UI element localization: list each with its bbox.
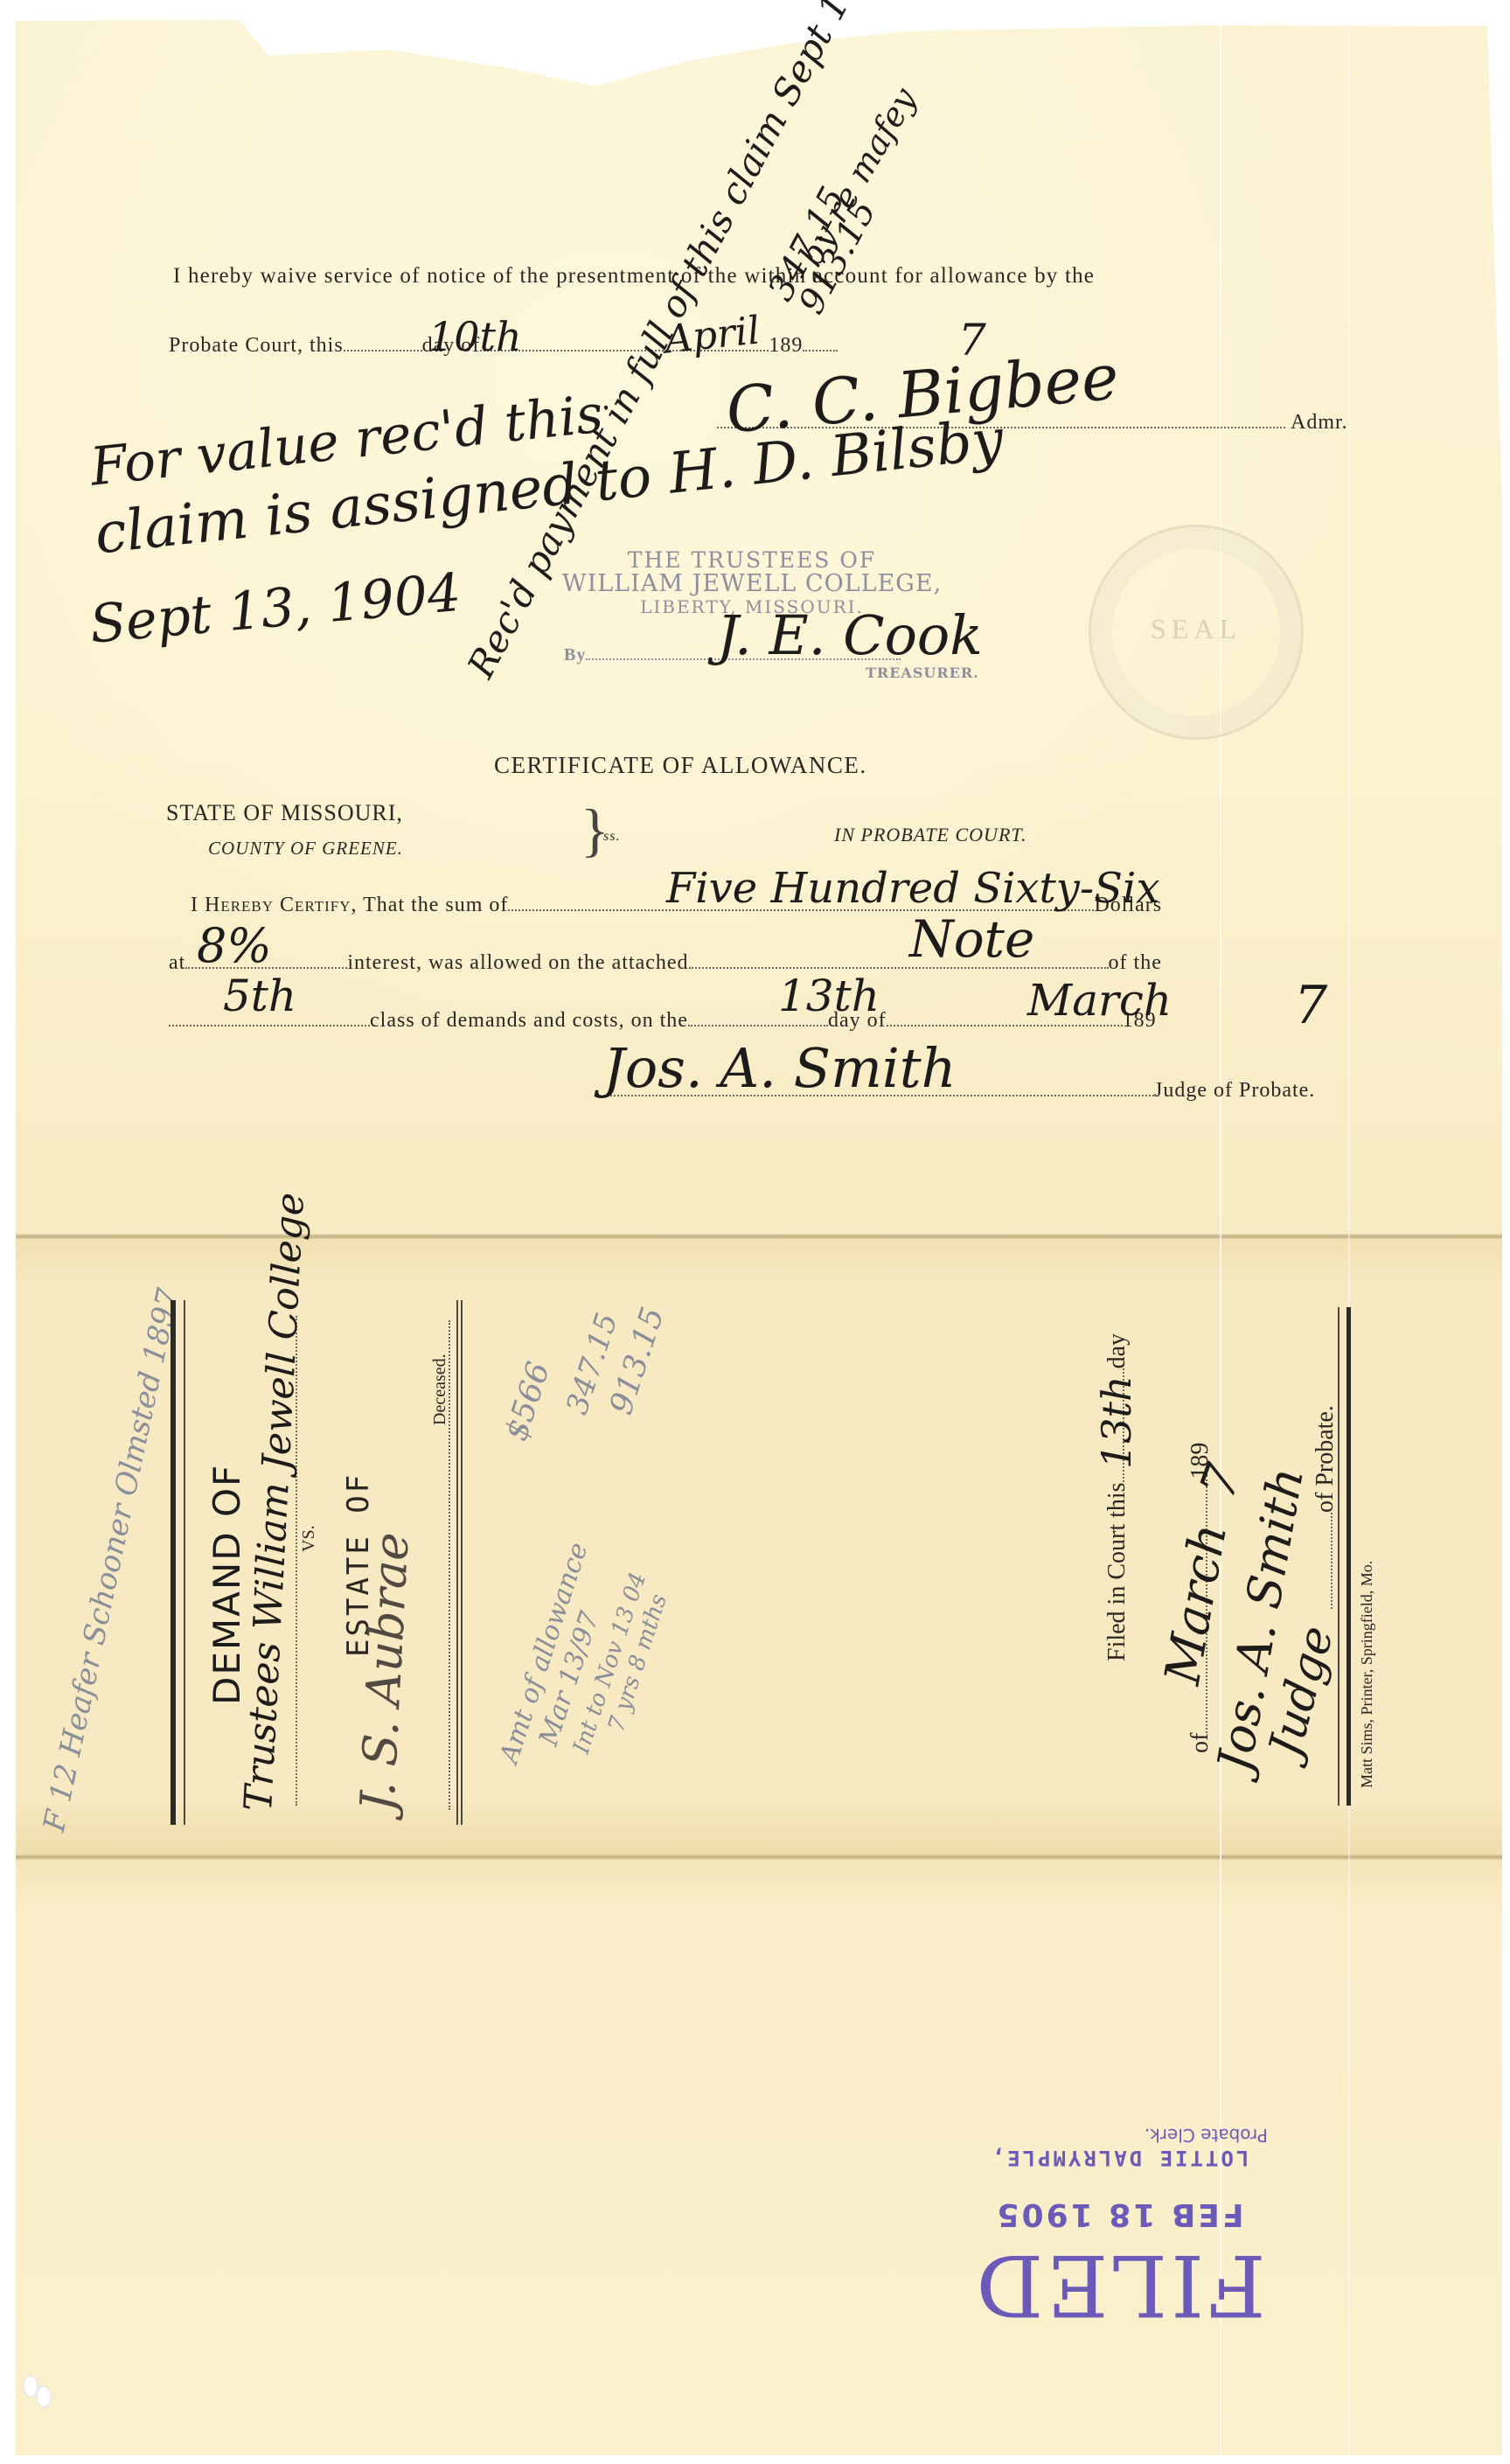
certify-class-line: class of demands and costs, on theday of… <box>169 1006 1157 1033</box>
waiver-year-prefix: 189 <box>769 334 803 357</box>
trustees-by-label: By <box>564 645 586 665</box>
trustees-stamp-line-2: WILLIAM JEWELL COLLEGE, <box>525 570 979 597</box>
fold-crease-1 <box>16 1234 1502 1239</box>
certificate-ss: ss. <box>603 829 620 845</box>
waiver-probate-label: Probate Court, this <box>169 334 344 357</box>
filed-day-label: day <box>1103 1333 1131 1368</box>
of-probate-line: of Probate. <box>1312 1405 1340 1609</box>
filed-stamp-clerk: LOTTIE DALRYMPLE, <box>971 2146 1268 2170</box>
filed-in-court-label: Filed in Court this <box>1103 1482 1131 1661</box>
admr-label: Admr. <box>1291 411 1348 434</box>
rule-printer-thin <box>1338 1307 1340 1806</box>
cert-day-value: 13th <box>778 971 880 1021</box>
document-panel-bottom <box>16 1857 1502 2455</box>
punch-hole <box>36 2385 52 2408</box>
rule-left-thick <box>170 1300 176 1825</box>
fold-crease-2 <box>16 1855 1502 1860</box>
rule-right-thin <box>456 1300 458 1825</box>
paper-ruling-line <box>1220 19 1221 2455</box>
filed-stamp-clerk-title: Probate Clerk. <box>971 2125 1268 2146</box>
certificate-title: CERTIFICATE OF ALLOWANCE. <box>494 752 867 779</box>
treasurer-signature: J. E. Cook <box>717 603 983 667</box>
waiver-text: I hereby waive service of notice of the … <box>173 264 1095 289</box>
demand-of-title: DEMAND OF <box>205 1464 248 1705</box>
cert-month-value: March <box>1027 975 1172 1026</box>
embossed-seal: SEAL <box>1089 525 1304 740</box>
filed-stamp: FILED FEB 18 1905 LOTTIE DALRYMPLE, Prob… <box>971 2125 1268 2334</box>
waiver-day-value: 10th <box>428 313 522 360</box>
paper-ruling-line <box>1348 19 1350 2455</box>
at-label: at <box>169 951 185 974</box>
of-the-label: of the <box>1109 951 1162 974</box>
class-text: class of demands and costs, on the <box>370 1009 688 1032</box>
filed-day-value: 13th <box>1093 1375 1140 1469</box>
deceased-label: Deceased. <box>430 1354 450 1425</box>
interest-text: interest, was allowed on the attached <box>347 951 688 974</box>
cert-year-suffix: 7 <box>1294 975 1327 1036</box>
vs-label: VS. <box>299 1525 319 1552</box>
seal-text: SEAL <box>1091 613 1301 645</box>
printer-imprint: Matt Sims, Printer, Springfield, Mo. <box>1358 1561 1376 1788</box>
rule-printer-thick <box>1346 1307 1351 1806</box>
certify-prefix: I Hereby Certify, <box>191 894 358 916</box>
of-probate-label: of Probate. <box>1312 1405 1339 1513</box>
certify-sum-value: Five Hundred Sixty-Six <box>666 864 1159 913</box>
interest-value: 8% <box>197 918 272 973</box>
rule-left-thin <box>184 1300 185 1825</box>
rule-right-thin-2 <box>461 1300 463 1825</box>
certificate-court: IN PROBATE COURT. <box>834 824 1027 846</box>
class-value: 5th <box>223 971 296 1021</box>
filed-stamp-date: FEB 18 1905 <box>971 2196 1268 2232</box>
certificate-county: COUNTY OF GREENE. <box>208 838 403 860</box>
judge-label: Judge of Probate. <box>1154 1079 1315 1102</box>
trustees-stamp-line-1: THE TRUSTEES OF <box>525 547 979 573</box>
certificate-state: STATE OF MISSOURI, <box>166 800 403 826</box>
certify-text: That the sum of <box>363 894 508 916</box>
filed-stamp-word: FILED <box>971 2236 1268 2334</box>
judge-signature: Jos. A. Smith <box>603 1036 957 1100</box>
attached-value: Note <box>909 909 1034 969</box>
